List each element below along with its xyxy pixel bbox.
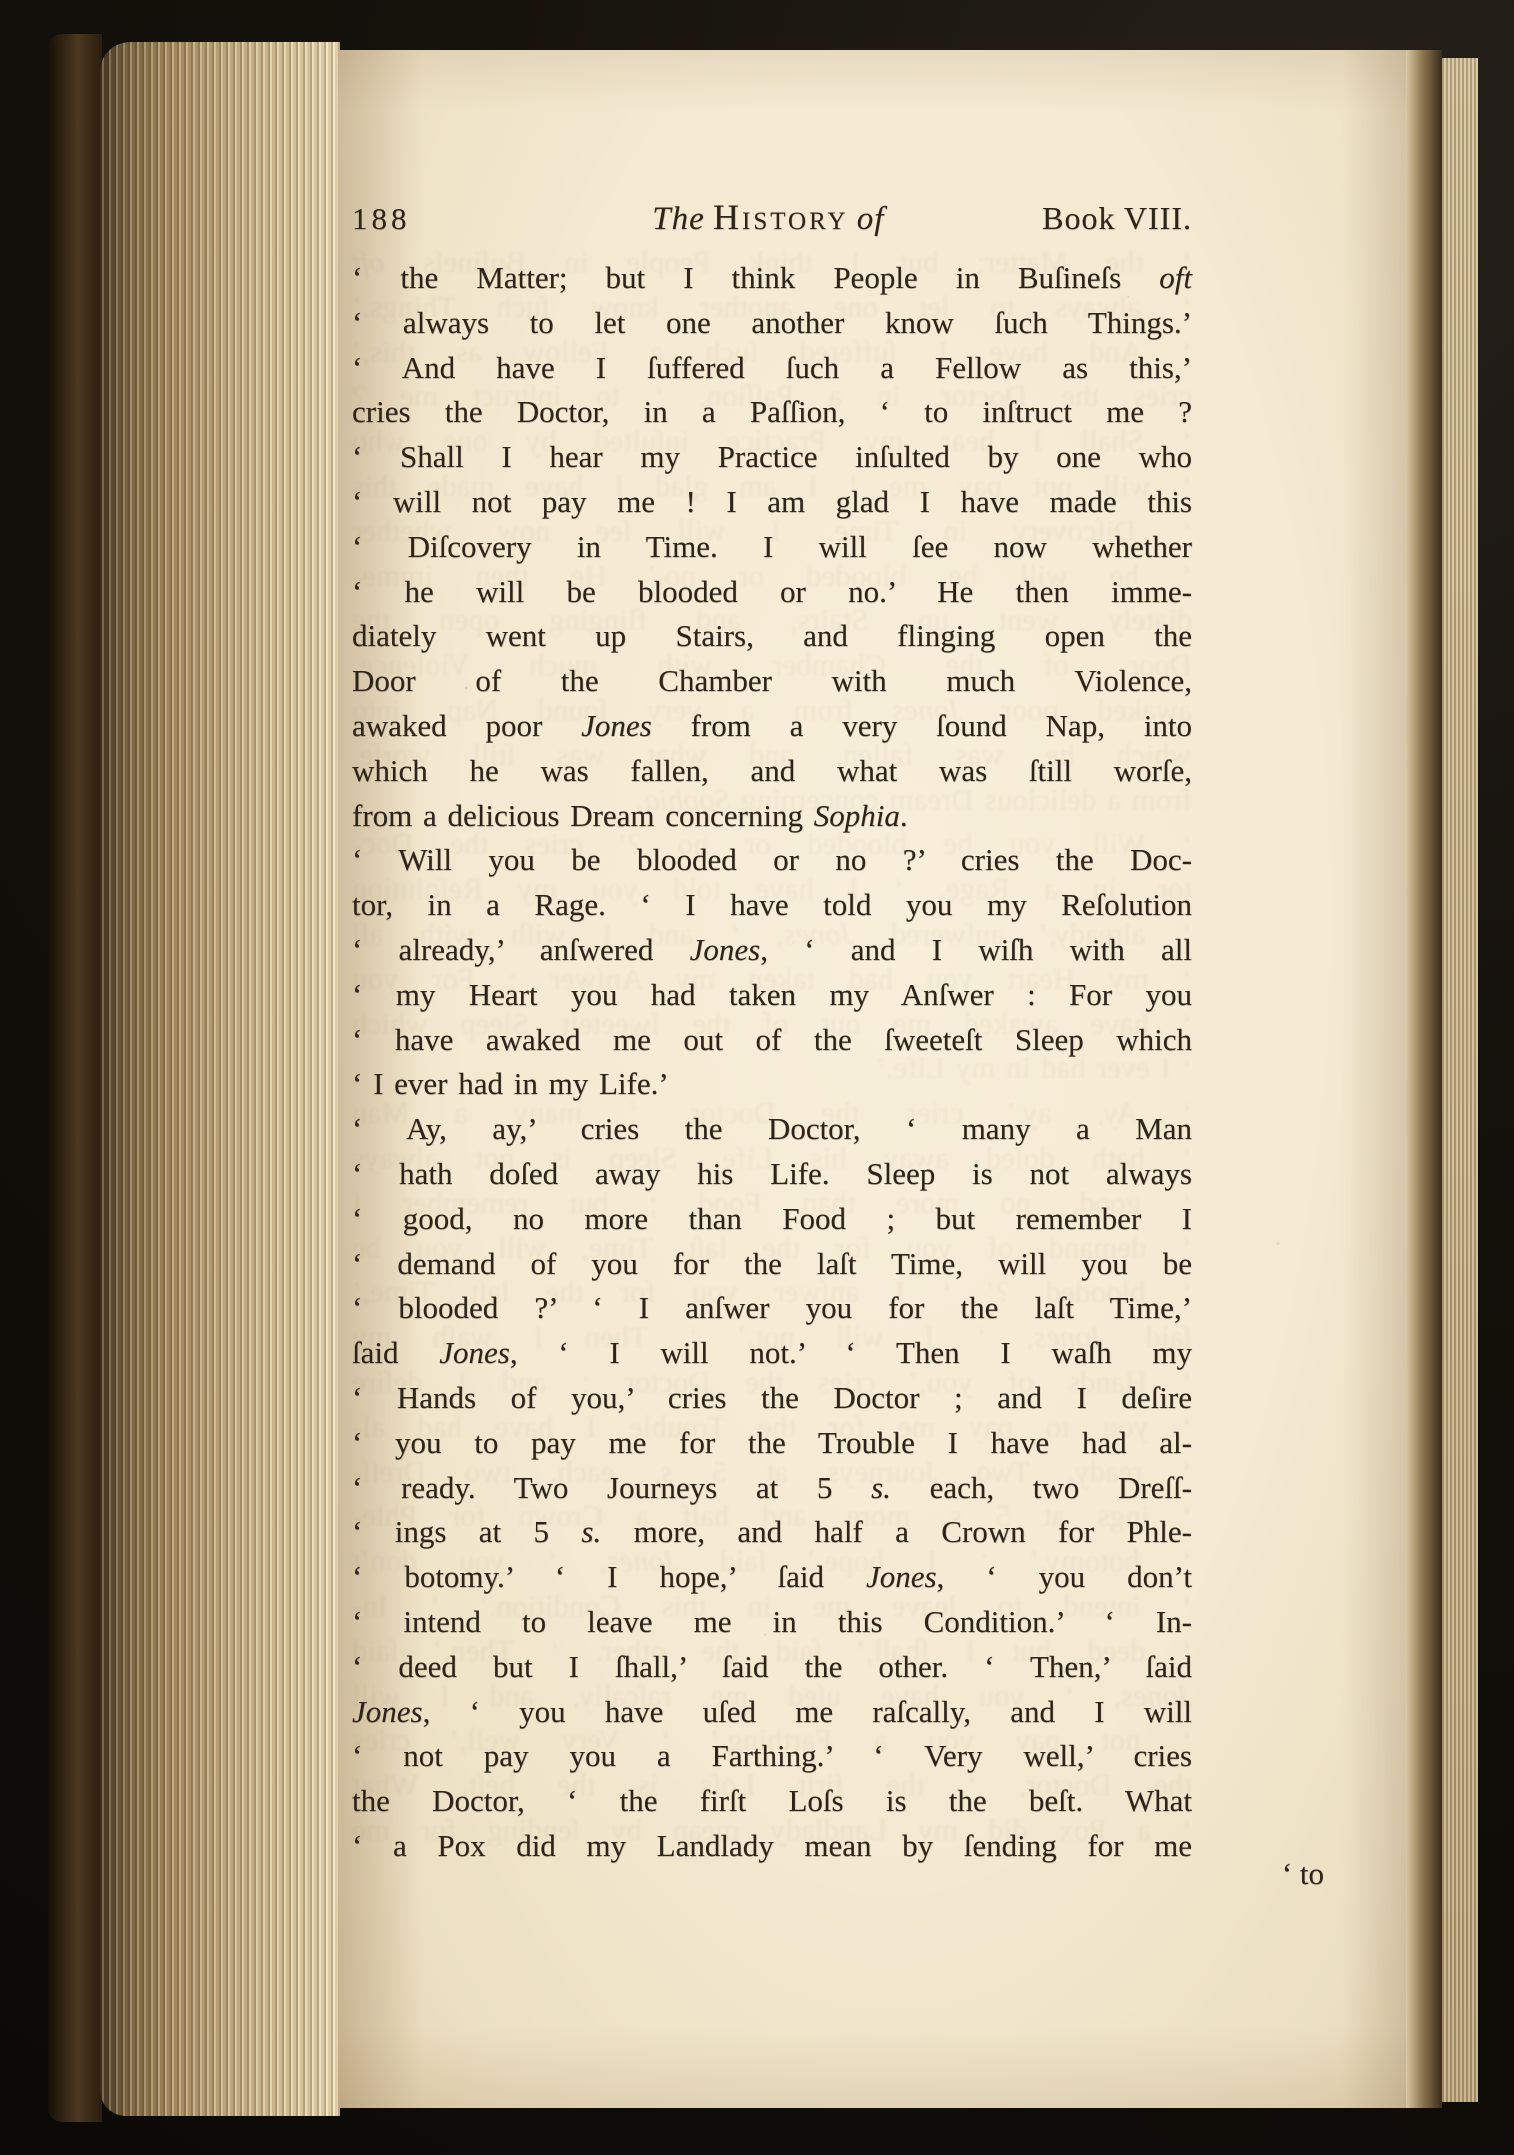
title-the: The [652,201,705,237]
text-line: ‘ the Matter; but I think People in Buſi… [352,256,1192,301]
text-line: ‘ I ever had in my Life.’ [352,1062,1192,1107]
text-line: cries the Doctor, in a Paſſion, ‘ to inſ… [352,390,1192,435]
text-line: ‘ Ay, ay,’ cries the Doctor, ‘ many a Ma… [352,1107,1192,1152]
text-line: ‘ will not pay me ! I am glad I have mad… [352,480,1192,525]
text-line: awaked poor Jones from a very ſound Nap,… [352,704,1192,749]
text-line: which he was fallen, and what was ſtill … [352,749,1192,794]
text-line: ‘ botomy.’ ‘ I hope,’ ſaid Jones, ‘ you … [352,1555,1192,1600]
text-line: ‘ you to pay me for the Trouble I have h… [352,1421,1192,1466]
book-label: Book VIII. [1042,200,1192,237]
text-line: Jones, ‘ you have uſed me raſcally, and … [352,1690,1192,1735]
title-history: History [713,197,848,237]
text-line: ‘ already,’ anſwered Jones, ‘ and I wiſh… [352,928,1192,973]
text-line: ‘ he will be blooded or no.’ He then imm… [352,570,1192,615]
text-line: ‘ good, no more than Food ; but remember… [352,1197,1192,1242]
text-line: ‘ my Heart you had taken my Anſwer : For… [352,973,1192,1018]
text-line: diately went up Stairs, and flinging ope… [352,614,1192,659]
text-line: ‘ not pay you a Farthing.’ ‘ Very well,’… [352,1734,1192,1779]
catchword: ‘ to [352,1856,1324,1892]
text-line: ‘ Will you be blooded or no ?’ cries the… [352,838,1192,883]
book-cover-edge [48,34,102,2122]
text-line: ‘ have awaked me out of the ſweeteſt Sle… [352,1018,1192,1063]
text-line: ‘ hath doſed away his Life. Sleep is not… [352,1152,1192,1197]
page-fold-right [1406,50,1442,2108]
running-title: The History of [652,196,884,238]
page-edges-left [100,42,340,2116]
text-line: ‘ Shall I hear my Practice inſulted by o… [352,435,1192,480]
text-line: ‘ demand of you for the laſt Time, will … [352,1242,1192,1287]
text-line: ‘ always to let one another know ſuch Th… [352,301,1192,346]
book-scan: ‘ the Matter; but I think People in Buſi… [0,0,1514,2155]
text-line: ‘ ready. Two Journeys at 5 s. each, two … [352,1466,1192,1511]
text-line: ‘ deed but I ſhall,’ ſaid the other. ‘ T… [352,1645,1192,1690]
text-line: Door of the Chamber with much Violence, [352,659,1192,704]
running-header: 188 The History of Book VIII. [352,196,1192,242]
body-text: ‘ the Matter; but I think People in Buſi… [352,256,1192,1869]
text-line: tor, in a Rage. ‘ I have told you my Reſ… [352,883,1192,928]
text-line: ſaid Jones, ‘ I will not.’ ‘ Then I waſh… [352,1331,1192,1376]
text-line: ‘ intend to leave me in this Condition.’… [352,1600,1192,1645]
text-line: ‘ Hands of you,’ cries the Doctor ; and … [352,1376,1192,1421]
text-line: ‘ blooded ?’ ‘ I anſwer you for the laſt… [352,1286,1192,1331]
text-line: ‘ Diſcovery in Time. I will ſee now whet… [352,525,1192,570]
page-number: 188 [352,201,411,237]
page-edges-right [1442,58,1478,2102]
title-of: of [857,201,885,237]
text-line: the Doctor, ‘ the firſt Loſs is the beſt… [352,1779,1192,1824]
text-line: ‘ ings at 5 s. more, and half a Crown fo… [352,1510,1192,1555]
text-line: from a delicious Dream concerning Sophia… [352,794,1192,839]
page-text: 188 The History of Book VIII. ‘ the Matt… [352,196,1192,1869]
text-line: ‘ And have I ſuffered ſuch a Fellow as t… [352,346,1192,391]
